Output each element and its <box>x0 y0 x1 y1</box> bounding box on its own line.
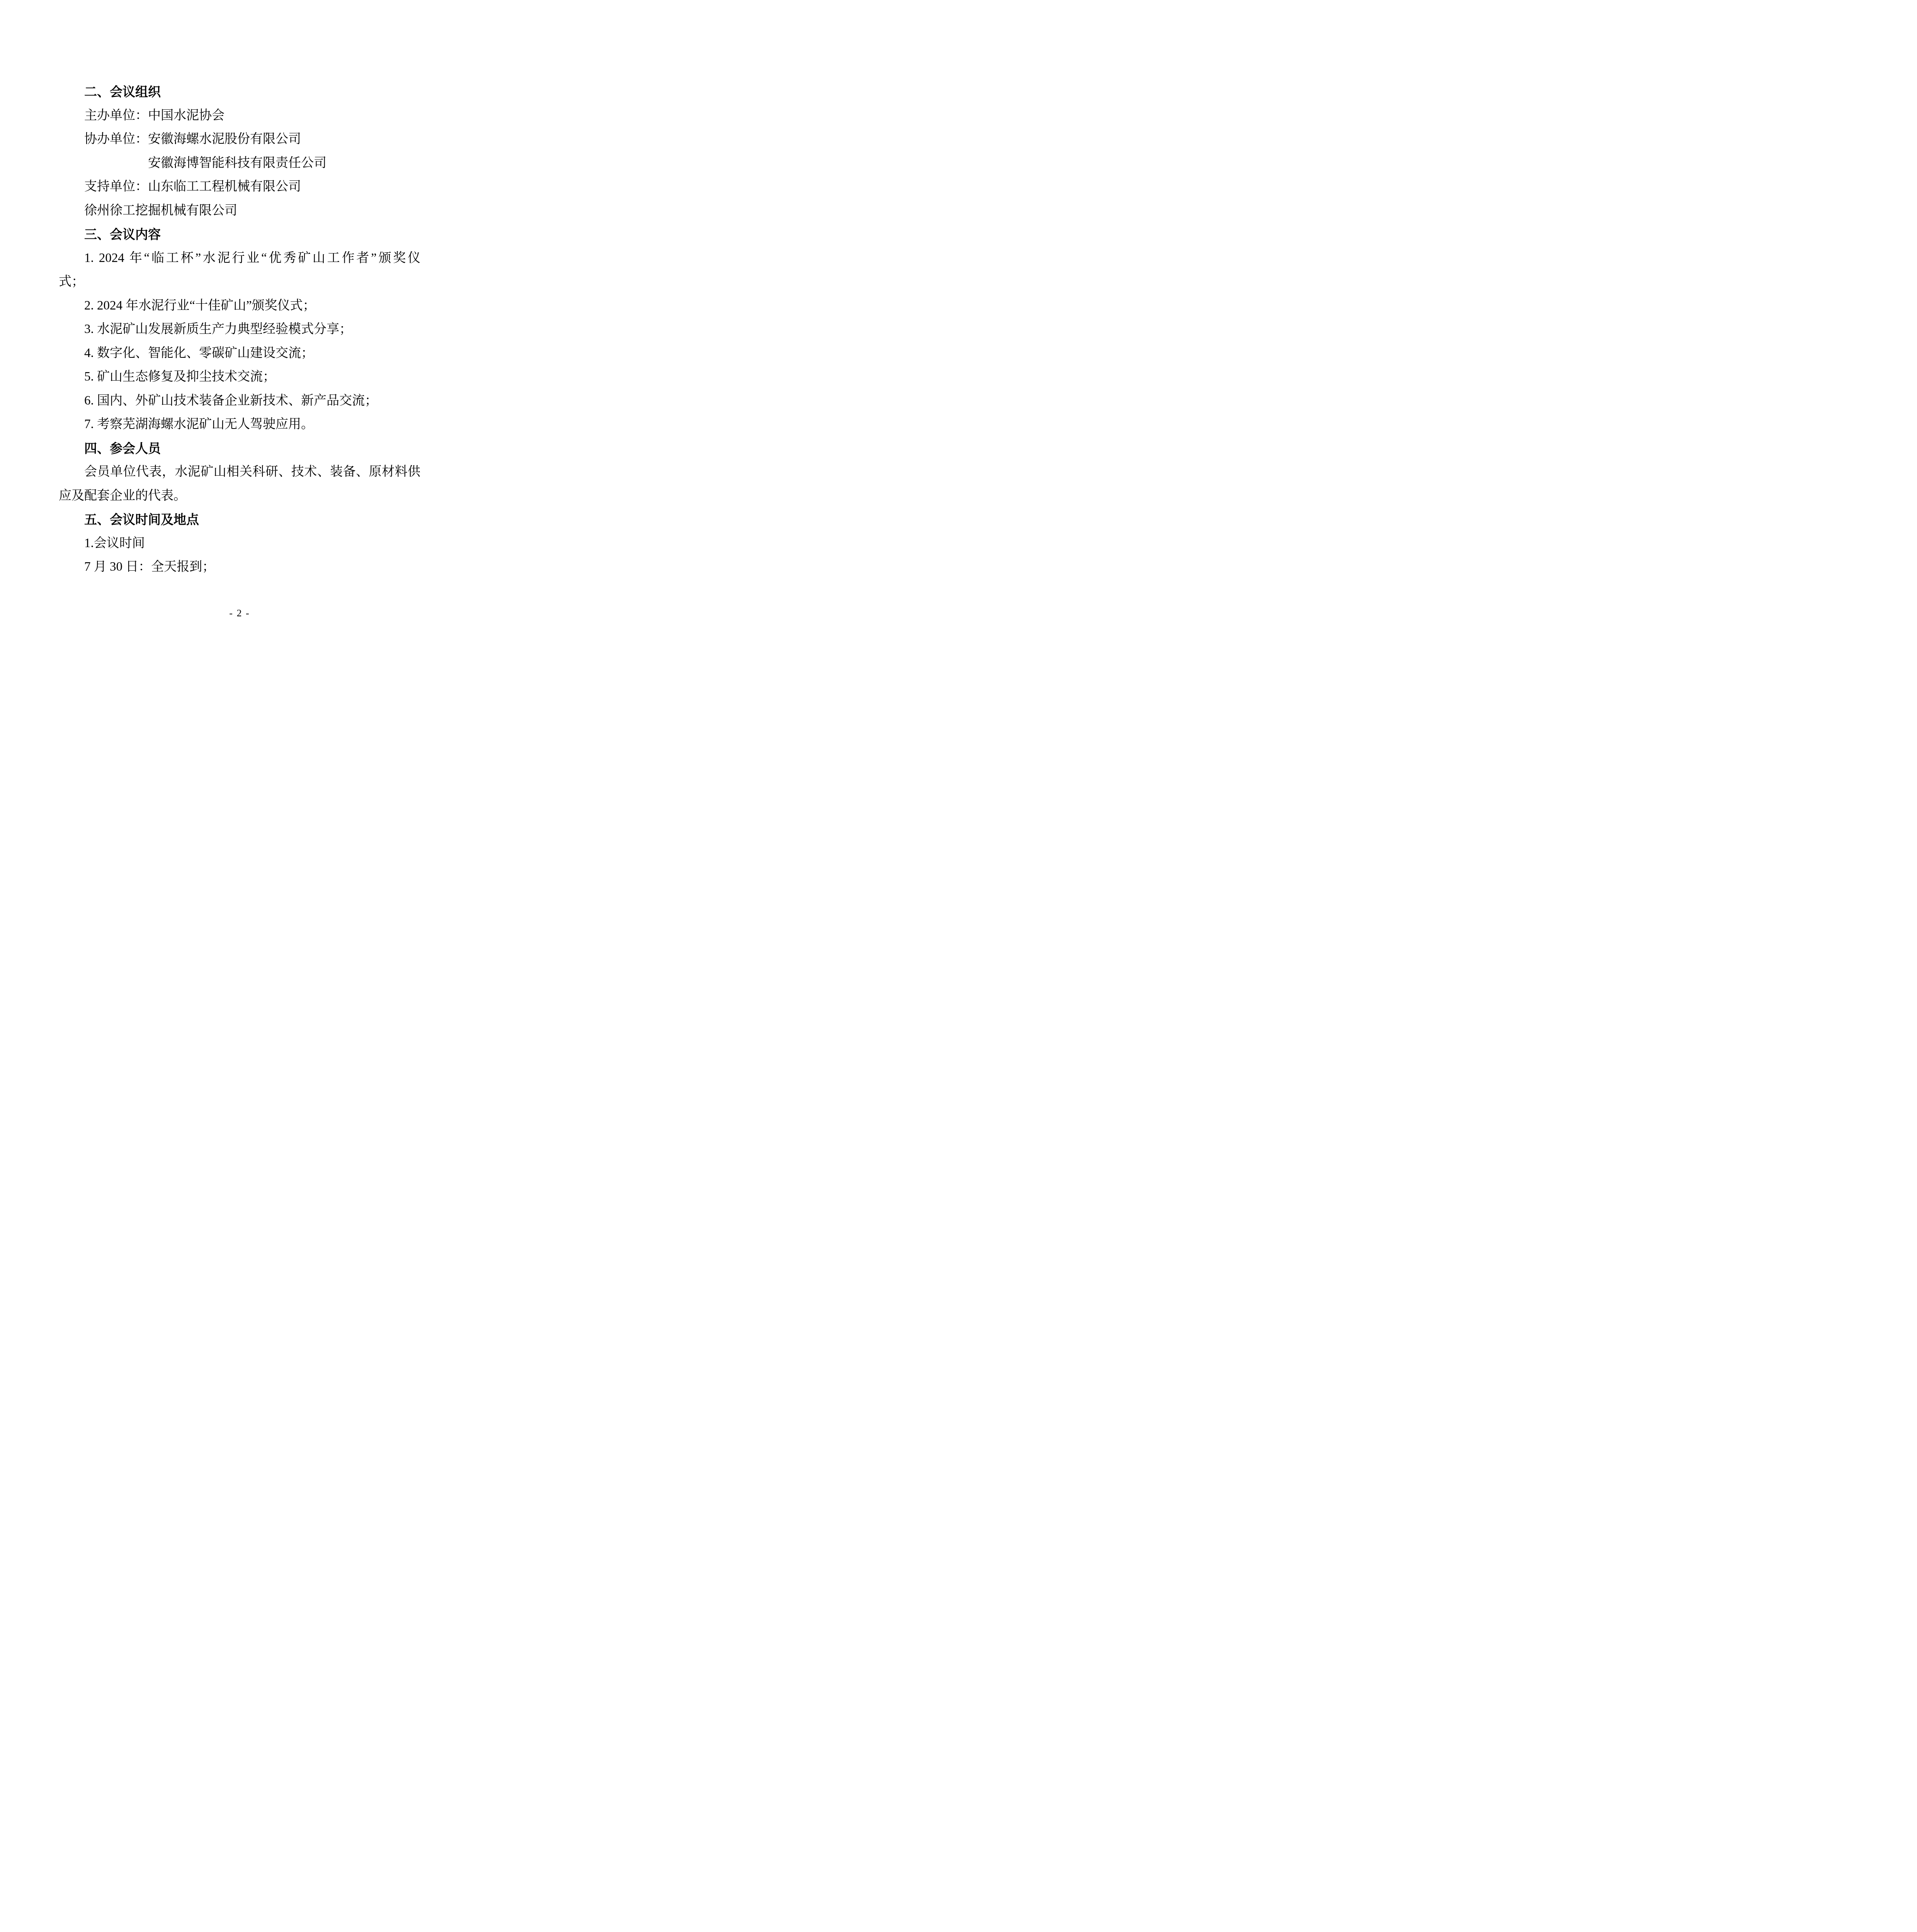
agenda-item-2: 2. 2024 年水泥行业“十佳矿山”颁奖仪式； <box>59 294 420 318</box>
meeting-time-subheading: 1.会议时间 <box>59 532 420 556</box>
agenda-item-3: 3. 水泥矿山发展新质生产力典型经验模式分享； <box>59 318 420 342</box>
agenda-item-4: 4. 数字化、智能化、零碳矿山建设交流； <box>59 342 420 366</box>
supporting-unit-line: 支持单位：山东临工工程机械有限公司 <box>59 175 420 199</box>
host-unit-line: 主办单位：中国水泥协会 <box>59 104 420 128</box>
co-organizer-line-2: 安徽海博智能科技有限责任公司 <box>59 151 420 175</box>
agenda-item-6: 6. 国内、外矿山技术装备企业新技术、新产品交流； <box>59 389 420 413</box>
co-organizer-line: 协办单位：安徽海螺水泥股份有限公司 <box>59 128 420 151</box>
participants-paragraph-line-2: 应及配套企业的代表。 <box>59 484 420 508</box>
agenda-item-7: 7. 考察芜湖海螺水泥矿山无人驾驶应用。 <box>59 413 420 437</box>
participants-paragraph-line-1: 会员单位代表，水泥矿山相关科研、技术、装备、原材料供 <box>59 460 420 484</box>
checkin-date-line: 7 月 30 日：全天报到； <box>59 555 420 579</box>
section-heading-meeting-organization: 二、会议组织 <box>59 80 420 104</box>
section-heading-time-and-location: 五、会议时间及地点 <box>59 508 420 532</box>
document-body: 二、会议组织 主办单位：中国水泥协会 协办单位：安徽海螺水泥股份有限公司 安徽海… <box>0 0 479 579</box>
agenda-item-1: 1. 2024 年“临工杯”水泥行业“优秀矿山工作者”颁奖仪 <box>59 247 420 270</box>
supporting-unit-line-2: 徐州徐工挖掘机械有限公司 <box>59 199 420 223</box>
section-heading-meeting-content: 三、会议内容 <box>59 223 420 247</box>
agenda-item-5: 5. 矿山生态修复及抑尘技术交流； <box>59 365 420 389</box>
section-heading-participants: 四、参会人员 <box>59 437 420 461</box>
agenda-item-1-continuation: 式； <box>59 270 420 294</box>
document-page: 二、会议组织 主办单位：中国水泥协会 协办单位：安徽海螺水泥股份有限公司 安徽海… <box>0 0 479 678</box>
page-number: - 2 - <box>0 607 479 619</box>
